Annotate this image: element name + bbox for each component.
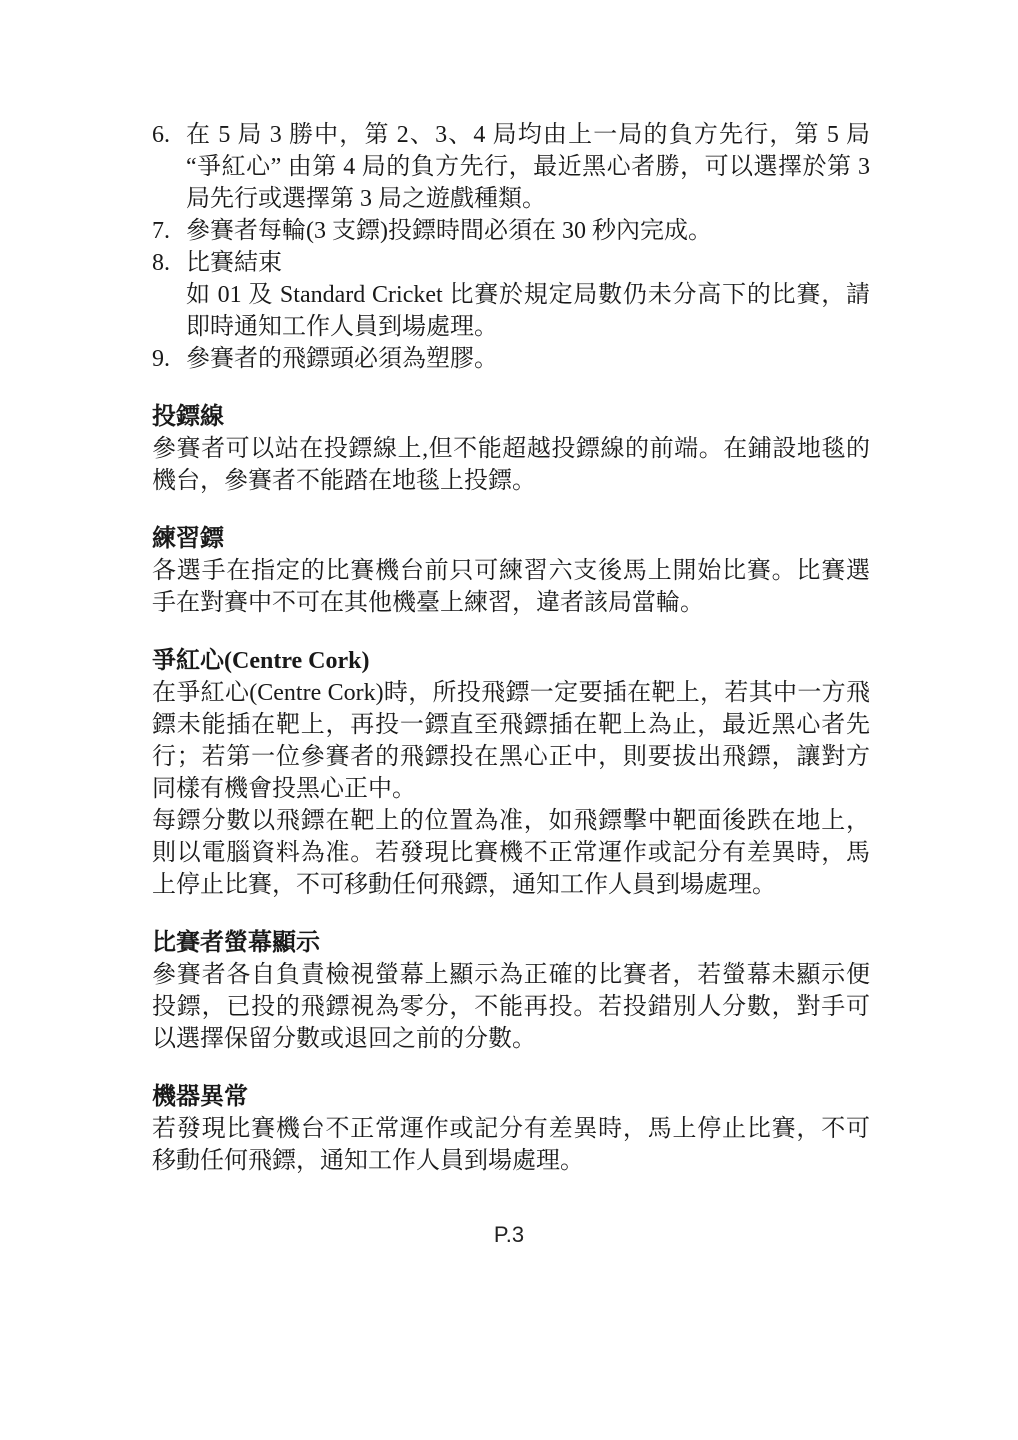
section-paragraph: 參賽者各自負責檢視螢幕上顯示為正確的比賽者，若螢幕未顯示便投鏢，已投的飛鏢視為零… (152, 959, 870, 1055)
section-throw-line: 投鏢線 參賽者可以站在投鏢線上,但不能超越投鏢線的前端。在鋪設地毯的機台，參賽者… (152, 401, 870, 497)
section-machine-malfunction: 機器異常 若發現比賽機台不正常運作或記分有差異時，馬上停止比賽，不可移動任何飛鏢… (152, 1081, 870, 1177)
section-paragraph: 各選手在指定的比賽機台前只可練習六支後馬上開始比賽。比賽選手在對賽中不可在其他機… (152, 555, 870, 619)
numbered-rules-list: 6. 在 5 局 3 勝中，第 2、3、4 局均由上一局的負方先行，第 5 局 … (152, 119, 870, 375)
section-heading: 投鏢線 (152, 401, 870, 433)
rule-body: 比賽結束 如 01 及 Standard Cricket 比賽於規定局數仍未分高… (186, 247, 870, 343)
section-practice-darts: 練習鏢 各選手在指定的比賽機台前只可練習六支後馬上開始比賽。比賽選手在對賽中不可… (152, 523, 870, 619)
rule-number: 8. (152, 247, 186, 343)
rule-text: 參賽者的飛鏢頭必須為塑膠。 (186, 343, 870, 375)
section-heading: 練習鏢 (152, 523, 870, 555)
document-page: 6. 在 5 局 3 勝中，第 2、3、4 局均由上一局的負方先行，第 5 局 … (0, 0, 1018, 1440)
rule-number: 9. (152, 343, 186, 375)
section-heading: 比賽者螢幕顯示 (152, 927, 870, 959)
rule-number: 6. (152, 119, 186, 215)
section-heading: 爭紅心(Centre Cork) (152, 645, 870, 677)
rule-item-7: 7. 參賽者每輪(3 支鏢)投鏢時間必須在 30 秒內完成。 (152, 215, 870, 247)
rule-item-9: 9. 參賽者的飛鏢頭必須為塑膠。 (152, 343, 870, 375)
page-number: P.3 (0, 1222, 1018, 1248)
page-content: 6. 在 5 局 3 勝中，第 2、3、4 局均由上一局的負方先行，第 5 局 … (152, 119, 870, 1177)
rule-number: 7. (152, 215, 186, 247)
section-paragraph: 若發現比賽機台不正常運作或記分有差異時，馬上停止比賽，不可移動任何飛鏢，通知工作… (152, 1113, 870, 1177)
rule-item-6: 6. 在 5 局 3 勝中，第 2、3、4 局均由上一局的負方先行，第 5 局 … (152, 119, 870, 215)
section-player-screen-display: 比賽者螢幕顯示 參賽者各自負責檢視螢幕上顯示為正確的比賽者，若螢幕未顯示便投鏢，… (152, 927, 870, 1055)
section-paragraph: 在爭紅心(Centre Cork)時，所投飛鏢一定要插在靶上，若其中一方飛鏢未能… (152, 677, 870, 805)
section-heading: 機器異常 (152, 1081, 870, 1113)
section-paragraph: 參賽者可以站在投鏢線上,但不能超越投鏢線的前端。在鋪設地毯的機台，參賽者不能踏在… (152, 433, 870, 497)
section-paragraph: 每鏢分數以飛鏢在靶上的位置為准，如飛鏢擊中靶面後跌在地上，則以電腦資料為准。若發… (152, 805, 870, 901)
rule-text: 在 5 局 3 勝中，第 2、3、4 局均由上一局的負方先行，第 5 局 “爭紅… (186, 119, 870, 215)
rule-subtext: 如 01 及 Standard Cricket 比賽於規定局數仍未分高下的比賽，… (186, 279, 870, 343)
section-centre-cork: 爭紅心(Centre Cork) 在爭紅心(Centre Cork)時，所投飛鏢… (152, 645, 870, 901)
rule-text: 比賽結束 (186, 247, 870, 279)
rule-item-8: 8. 比賽結束 如 01 及 Standard Cricket 比賽於規定局數仍… (152, 247, 870, 343)
rule-text: 參賽者每輪(3 支鏢)投鏢時間必須在 30 秒內完成。 (186, 215, 870, 247)
